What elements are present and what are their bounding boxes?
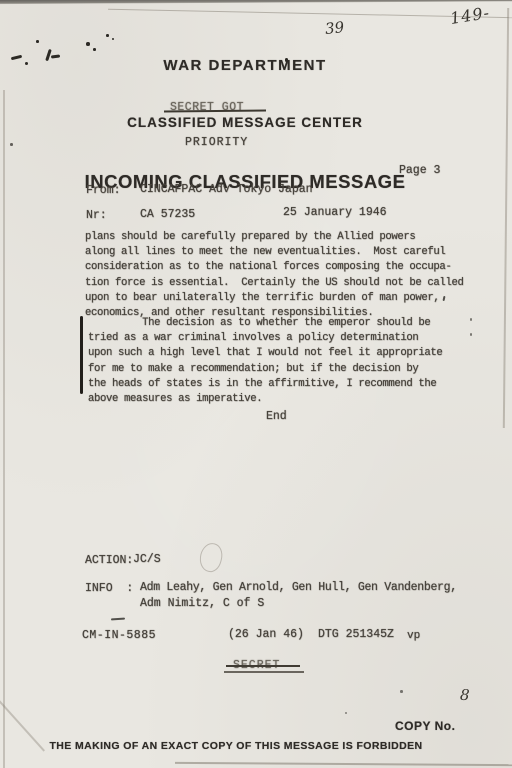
nr-label: Nr:	[86, 209, 107, 222]
action-label: ACTION:	[85, 554, 133, 567]
copy-warning-text: THE MAKING OF AN EXACT COPY OF THIS MESS…	[0, 740, 472, 752]
precedence-label: PRIORITY	[185, 136, 248, 149]
margin-emphasis-bar	[80, 316, 83, 394]
ink-mark	[111, 618, 125, 621]
message-date: 25 January 1946	[283, 206, 387, 219]
handwritten-number-8: 8	[460, 686, 470, 704]
handwritten-number-39: 39	[324, 18, 345, 38]
ink-mark	[470, 318, 472, 321]
body-paragraph-2: The decision as to whether the emperor s…	[88, 316, 442, 407]
page-edge-bottom	[175, 762, 512, 766]
pencil-loop-mark	[197, 541, 225, 574]
ink-mark	[400, 690, 403, 693]
header-classified-message-center: CLASSIFIED MESSAGE CENTER	[0, 112, 490, 133]
nr-value: CA 57235	[140, 208, 195, 221]
document-page: 149- WAR DEPARTMENT CLASSIFIED MESSAGE C…	[0, 0, 512, 768]
operator-initials: vp	[407, 630, 420, 642]
underline-bottom	[224, 671, 304, 673]
info-addressees-line-2: Adm Nimitz, C of S	[140, 597, 264, 610]
received-date: (26 Jan 46)	[228, 628, 304, 641]
copy-no-label: COPY No.	[395, 719, 455, 733]
info-addressees-line-1: Adm Leahy, Gen Arnold, Gen Hull, Gen Van…	[140, 581, 457, 594]
header-war-department: WAR DEPARTMENT	[0, 56, 490, 76]
cm-in-number: CM-IN-5885	[82, 629, 156, 642]
date-time-group: DTG 251345Z	[318, 628, 394, 641]
from-label: From:	[86, 184, 121, 197]
page-edge-right	[503, 8, 509, 428]
end-marker: End	[266, 410, 287, 423]
strikethrough-line-bottom	[226, 665, 300, 667]
document-header: WAR DEPARTMENT CLASSIFIED MESSAGE CENTER…	[0, 20, 490, 230]
page-number: Page 3	[399, 164, 440, 177]
action-value: JC/S	[133, 553, 161, 566]
body-paragraph-1: plans should be carefully prepared by th…	[85, 230, 463, 321]
ink-mark	[345, 712, 347, 714]
page-edge-top	[0, 0, 512, 4]
info-label: INFO :	[85, 582, 133, 595]
from-value: CINCAFPAC Adv Tokyo Japan	[140, 183, 313, 196]
ink-mark	[470, 333, 472, 336]
